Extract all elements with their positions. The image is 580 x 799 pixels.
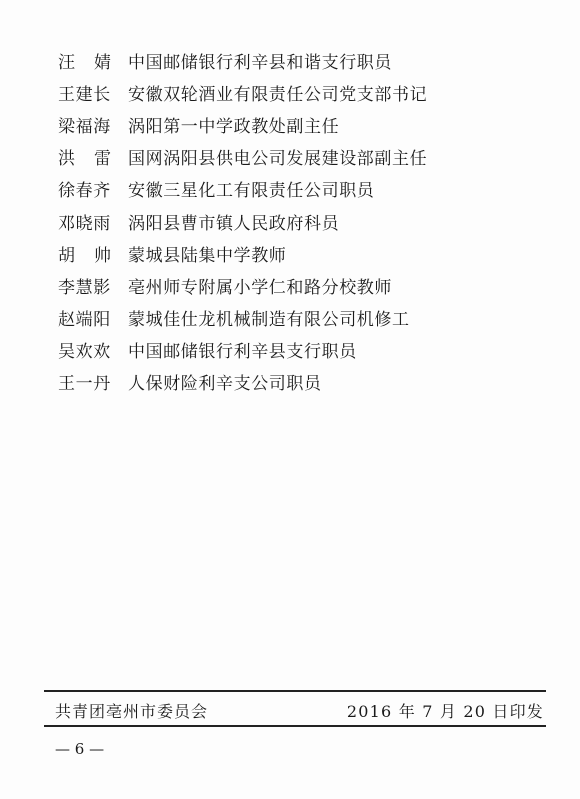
issue-date: 2016 年 7 月 20 日印发: [347, 699, 544, 722]
person-position: 蒙城县陆集中学教师: [128, 241, 286, 266]
footer-bottom-rule: [44, 725, 546, 727]
person-name: 李慧影: [58, 273, 128, 298]
person-name: 邓晓雨: [58, 209, 128, 234]
page-number: — 6 —: [55, 740, 104, 758]
person-name: 赵端阳: [58, 305, 128, 330]
person-name: 徐春齐: [58, 176, 128, 201]
person-position: 蒙城佳仕龙机械制造有限公司机修工: [128, 305, 410, 330]
issuer-name: 共青团亳州市委员会: [55, 699, 208, 722]
person-position: 亳州师专附属小学仁和路分校教师: [128, 273, 392, 298]
person-name: 王一丹: [58, 369, 128, 394]
roster-row: 王建长 安徽双轮酒业有限责任公司党支部书记: [58, 76, 427, 108]
person-name: 王建长: [58, 80, 128, 105]
person-name: 吴欢欢: [58, 337, 128, 362]
person-position: 安徽三星化工有限责任公司职员: [128, 176, 374, 201]
roster-row: 洪雷 国网涡阳县供电公司发展建设部副主任: [58, 141, 427, 173]
roster-row: 徐春齐 安徽三星化工有限责任公司职员: [58, 173, 427, 205]
roster-row: 吴欢欢 中国邮储银行利辛县支行职员: [58, 334, 427, 366]
person-position: 国网涡阳县供电公司发展建设部副主任: [128, 144, 427, 169]
roster-row: 汪婧 中国邮储银行利辛县和谐支行职员: [58, 44, 427, 76]
person-position: 中国邮储银行利辛县和谐支行职员: [128, 48, 392, 73]
roster-row: 邓晓雨 涡阳县曹市镇人民政府科员: [58, 205, 427, 237]
person-position: 人保财险利辛支公司职员: [128, 369, 322, 394]
footer-top-rule: [44, 690, 546, 692]
roster-row: 胡帅 蒙城县陆集中学教师: [58, 237, 427, 269]
person-name: 洪雷: [58, 144, 111, 169]
person-name: 胡帅: [58, 241, 111, 266]
person-position: 中国邮储银行利辛县支行职员: [128, 337, 357, 362]
person-position: 涡阳第一中学政教处副主任: [128, 112, 339, 137]
roster-row: 王一丹 人保财险利辛支公司职员: [58, 366, 427, 398]
person-name: 汪婧: [58, 48, 111, 73]
roster-row: 梁福海 涡阳第一中学政教处副主任: [58, 108, 427, 140]
roster-row: 李慧影 亳州师专附属小学仁和路分校教师: [58, 269, 427, 301]
roster-list: 汪婧 中国邮储银行利辛县和谐支行职员 王建长 安徽双轮酒业有限责任公司党支部书记…: [58, 44, 427, 398]
person-position: 涡阳县曹市镇人民政府科员: [128, 209, 339, 234]
person-name: 梁福海: [58, 112, 128, 137]
roster-row: 赵端阳 蒙城佳仕龙机械制造有限公司机修工: [58, 302, 427, 334]
person-position: 安徽双轮酒业有限责任公司党支部书记: [128, 80, 427, 105]
